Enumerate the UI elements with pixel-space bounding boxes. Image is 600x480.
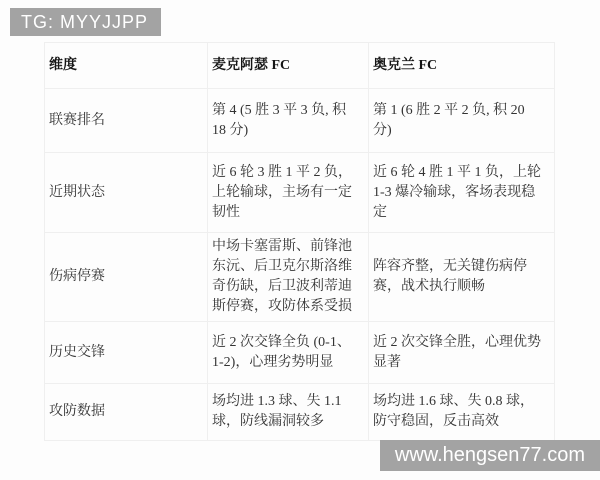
cell-macarthur: 近 6 轮 3 胜 1 平 2 负，上轮输球，主场有一定韧性 — [208, 153, 369, 233]
table-row-injuries-suspensions: 伤病停赛 中场卡塞雷斯、前锋池东沅、后卫克尔斯洛维奇伤缺，后卫波利蒂迪斯停赛，攻… — [45, 233, 555, 322]
row-label: 攻防数据 — [45, 384, 208, 441]
page: TG: MYYJJPP 维度 麦克阿瑟 FC 奥克兰 FC 联赛排名 第 4 (… — [0, 0, 600, 480]
table-row-head-to-head: 历史交锋 近 2 次交锋全负 (0-1、1-2)，心理劣势明显 近 2 次交锋全… — [45, 322, 555, 384]
row-label: 伤病停赛 — [45, 233, 208, 322]
cell-auckland: 场均进 1.6 球、失 0.8 球，防守稳固，反击高效 — [369, 384, 555, 441]
cell-auckland: 近 2 次交锋全胜，心理优势显著 — [369, 322, 555, 384]
cell-auckland: 阵容齐整，无关键伤病停赛，战术执行顺畅 — [369, 233, 555, 322]
cell-macarthur: 场均进 1.3 球、失 1.1 球，防线漏洞较多 — [208, 384, 369, 441]
cell-macarthur: 中场卡塞雷斯、前锋池东沅、后卫克尔斯洛维奇伤缺，后卫波利蒂迪斯停赛，攻防体系受损 — [208, 233, 369, 322]
cell-auckland: 第 1 (6 胜 2 平 2 负, 积 20 分) — [369, 89, 555, 153]
table-row-league-rank: 联赛排名 第 4 (5 胜 3 平 3 负, 积 18 分) 第 1 (6 胜 … — [45, 89, 555, 153]
watermark-badge: www.hengsen77.com — [380, 440, 600, 471]
column-header-auckland-fc: 奥克兰 FC — [369, 43, 555, 89]
team-comparison-table: 维度 麦克阿瑟 FC 奥克兰 FC 联赛排名 第 4 (5 胜 3 平 3 负,… — [44, 42, 555, 441]
cell-auckland: 近 6 轮 4 胜 1 平 1 负，上轮 1-3 爆冷输球，客场表现稳定 — [369, 153, 555, 233]
column-header-dimension: 维度 — [45, 43, 208, 89]
table-header-row: 维度 麦克阿瑟 FC 奥克兰 FC — [45, 43, 555, 89]
row-label: 历史交锋 — [45, 322, 208, 384]
table-row-recent-form: 近期状态 近 6 轮 3 胜 1 平 2 负，上轮输球，主场有一定韧性 近 6 … — [45, 153, 555, 233]
tg-badge: TG: MYYJJPP — [10, 8, 161, 36]
cell-macarthur: 第 4 (5 胜 3 平 3 负, 积 18 分) — [208, 89, 369, 153]
row-label: 近期状态 — [45, 153, 208, 233]
row-label: 联赛排名 — [45, 89, 208, 153]
cell-macarthur: 近 2 次交锋全负 (0-1、1-2)，心理劣势明显 — [208, 322, 369, 384]
table-row-attack-defense-stats: 攻防数据 场均进 1.3 球、失 1.1 球，防线漏洞较多 场均进 1.6 球、… — [45, 384, 555, 441]
column-header-macarthur-fc: 麦克阿瑟 FC — [208, 43, 369, 89]
